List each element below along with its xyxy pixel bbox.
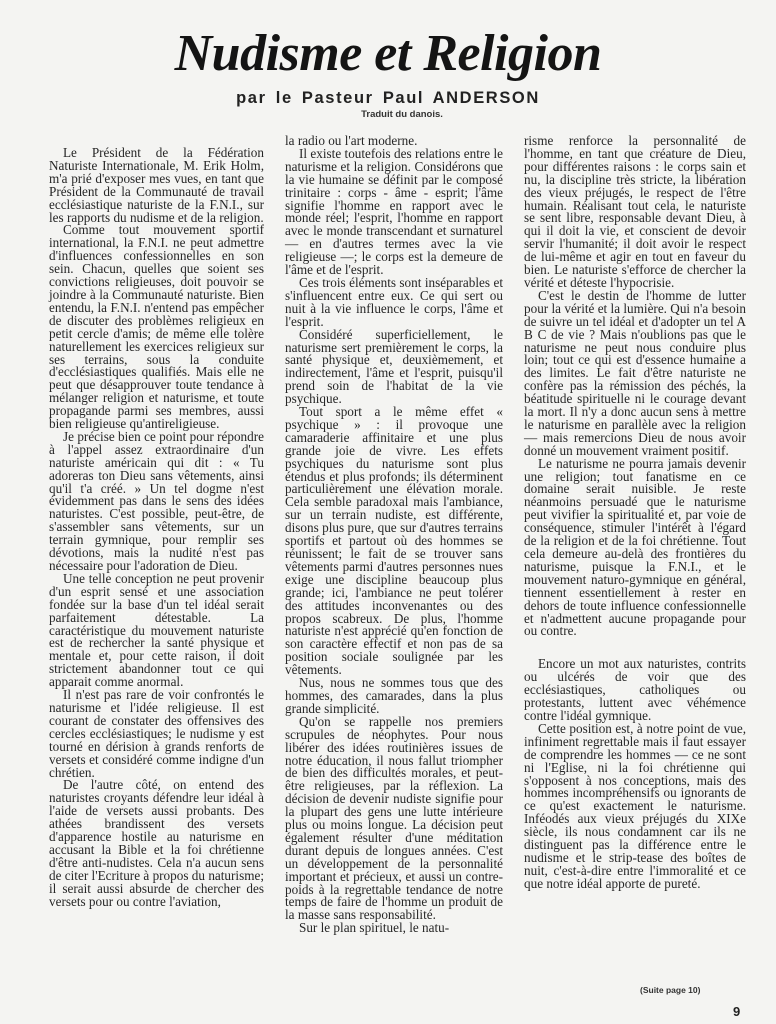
paragraph: Le Président de la Fédération Naturiste … bbox=[49, 147, 264, 224]
paragraph: Comme tout mouvement sportif internation… bbox=[49, 224, 264, 431]
text-column-2: la radio ou l'art moderne. Il existe tou… bbox=[285, 135, 503, 935]
paragraph: Considéré superficiellement, le naturism… bbox=[285, 329, 503, 406]
article-title: Nudisme et Religion bbox=[0, 28, 776, 80]
translation-note: Traduit du danois. bbox=[0, 109, 776, 120]
paragraph: Ces trois éléments sont inséparables et … bbox=[285, 277, 503, 329]
paragraph: Cette position est, à notre point de vue… bbox=[524, 723, 746, 891]
paragraph: Le naturisme ne pourra jamais devenir un… bbox=[524, 458, 746, 639]
paragraph: C'est le destin de l'homme de lutter pou… bbox=[524, 290, 746, 458]
paragraph: Une telle conception ne peut provenir d'… bbox=[49, 573, 264, 689]
paragraph: Sur le plan spirituel, le natu- bbox=[285, 922, 503, 935]
paragraph: Je précise bien ce point pour répondre à… bbox=[49, 431, 264, 573]
paragraph: Qu'on se rappelle nos premiers scrupules… bbox=[285, 716, 503, 923]
continuation-note: (Suite page 10) bbox=[640, 985, 700, 995]
paragraph: Encore un mot aux naturistes, contrits o… bbox=[524, 658, 746, 723]
text-column-3: risme renforce la personnalité de l'homm… bbox=[524, 135, 746, 891]
paragraph: Il n'est pas rare de voir confrontés le … bbox=[49, 689, 264, 779]
page-number: 9 bbox=[733, 1004, 740, 1019]
paragraph: Nus, nous ne sommes tous que des hommes,… bbox=[285, 677, 503, 716]
paragraph: Tout sport a le même effet « psychique »… bbox=[285, 406, 503, 677]
author-byline: par le Pasteur Paul ANDERSON bbox=[0, 89, 776, 108]
paragraph: Il existe toutefois des relations entre … bbox=[285, 148, 503, 277]
paragraph: De l'autre côté, on entend des naturiste… bbox=[49, 779, 264, 908]
text-column-1: Le Président de la Fédération Naturiste … bbox=[49, 147, 264, 908]
paragraph: risme renforce la personnalité de l'homm… bbox=[524, 135, 746, 290]
